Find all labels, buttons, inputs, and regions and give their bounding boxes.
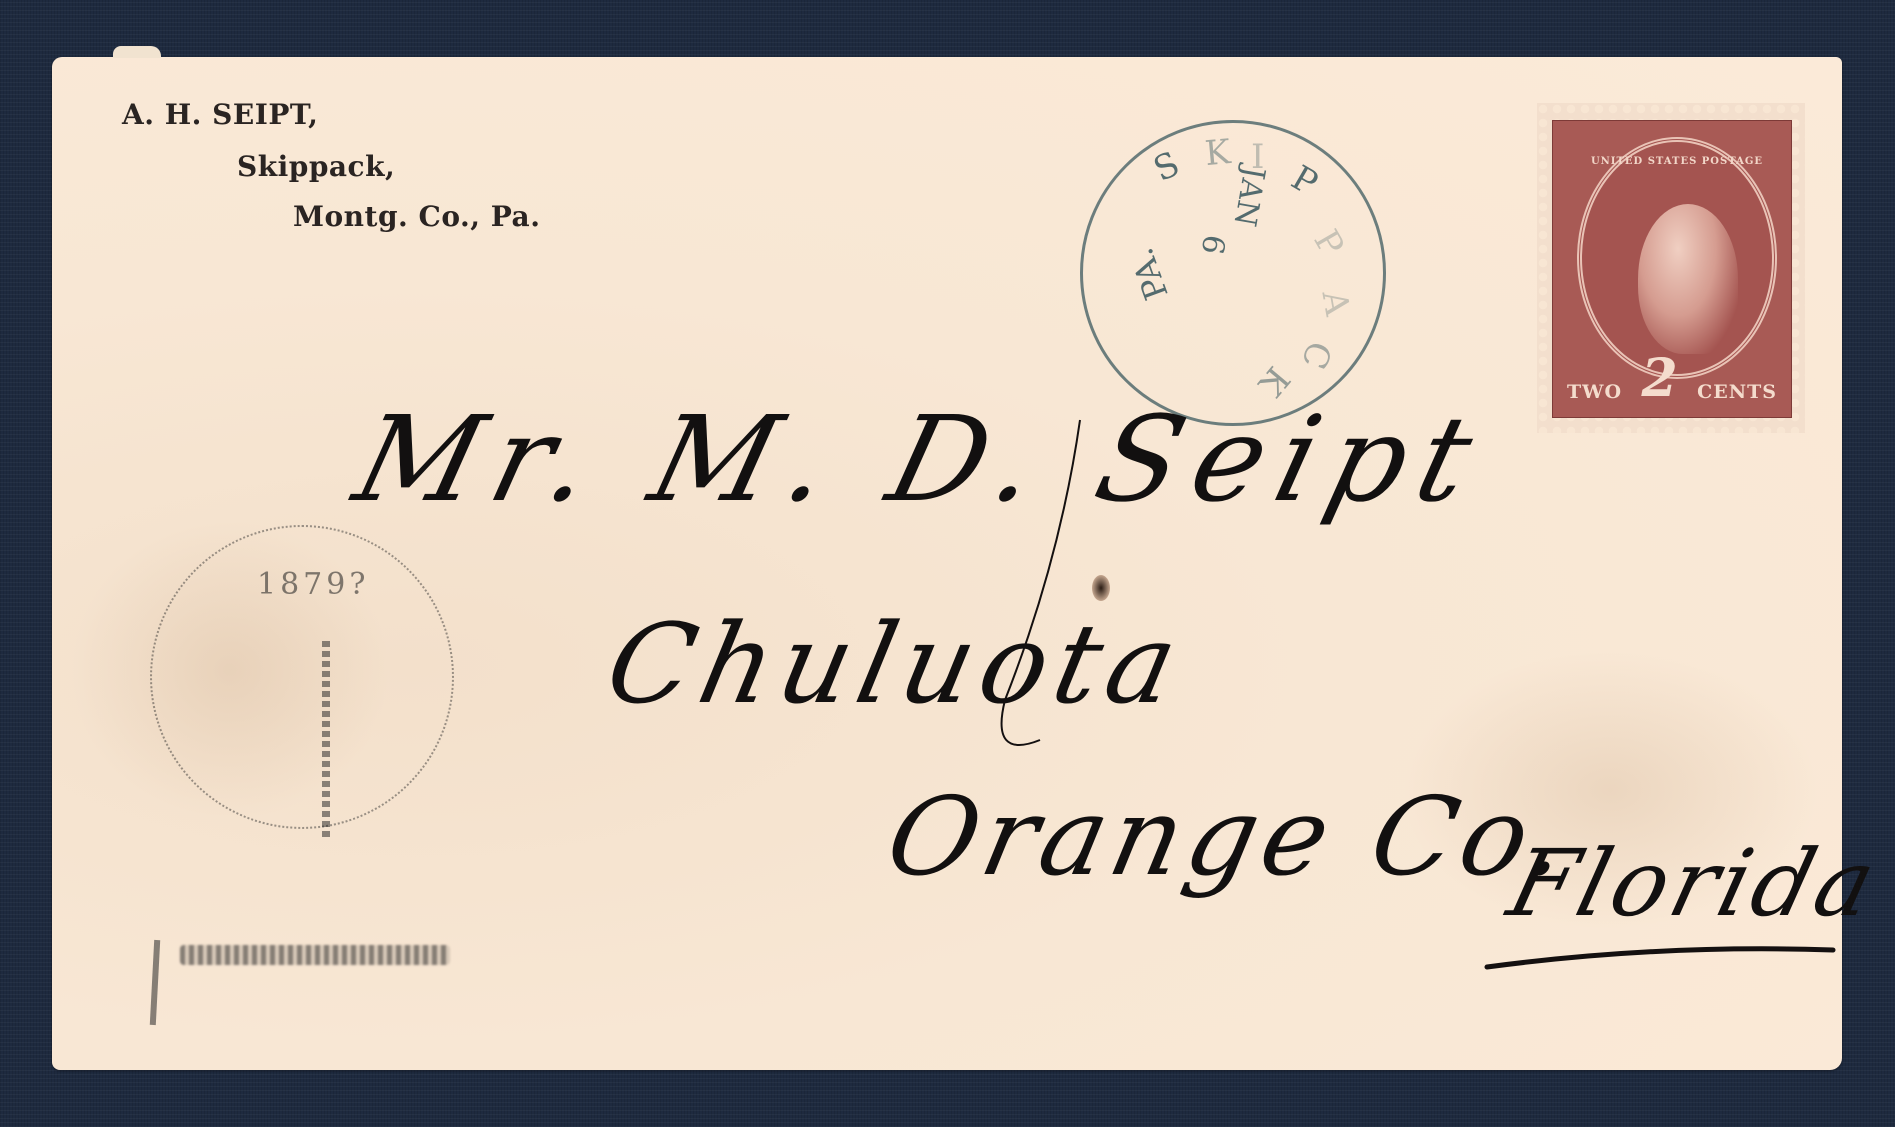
florida-underline (1487, 949, 1833, 967)
seipt-descender-flourish (1002, 420, 1080, 745)
handwriting-flourishes (0, 0, 1895, 1127)
